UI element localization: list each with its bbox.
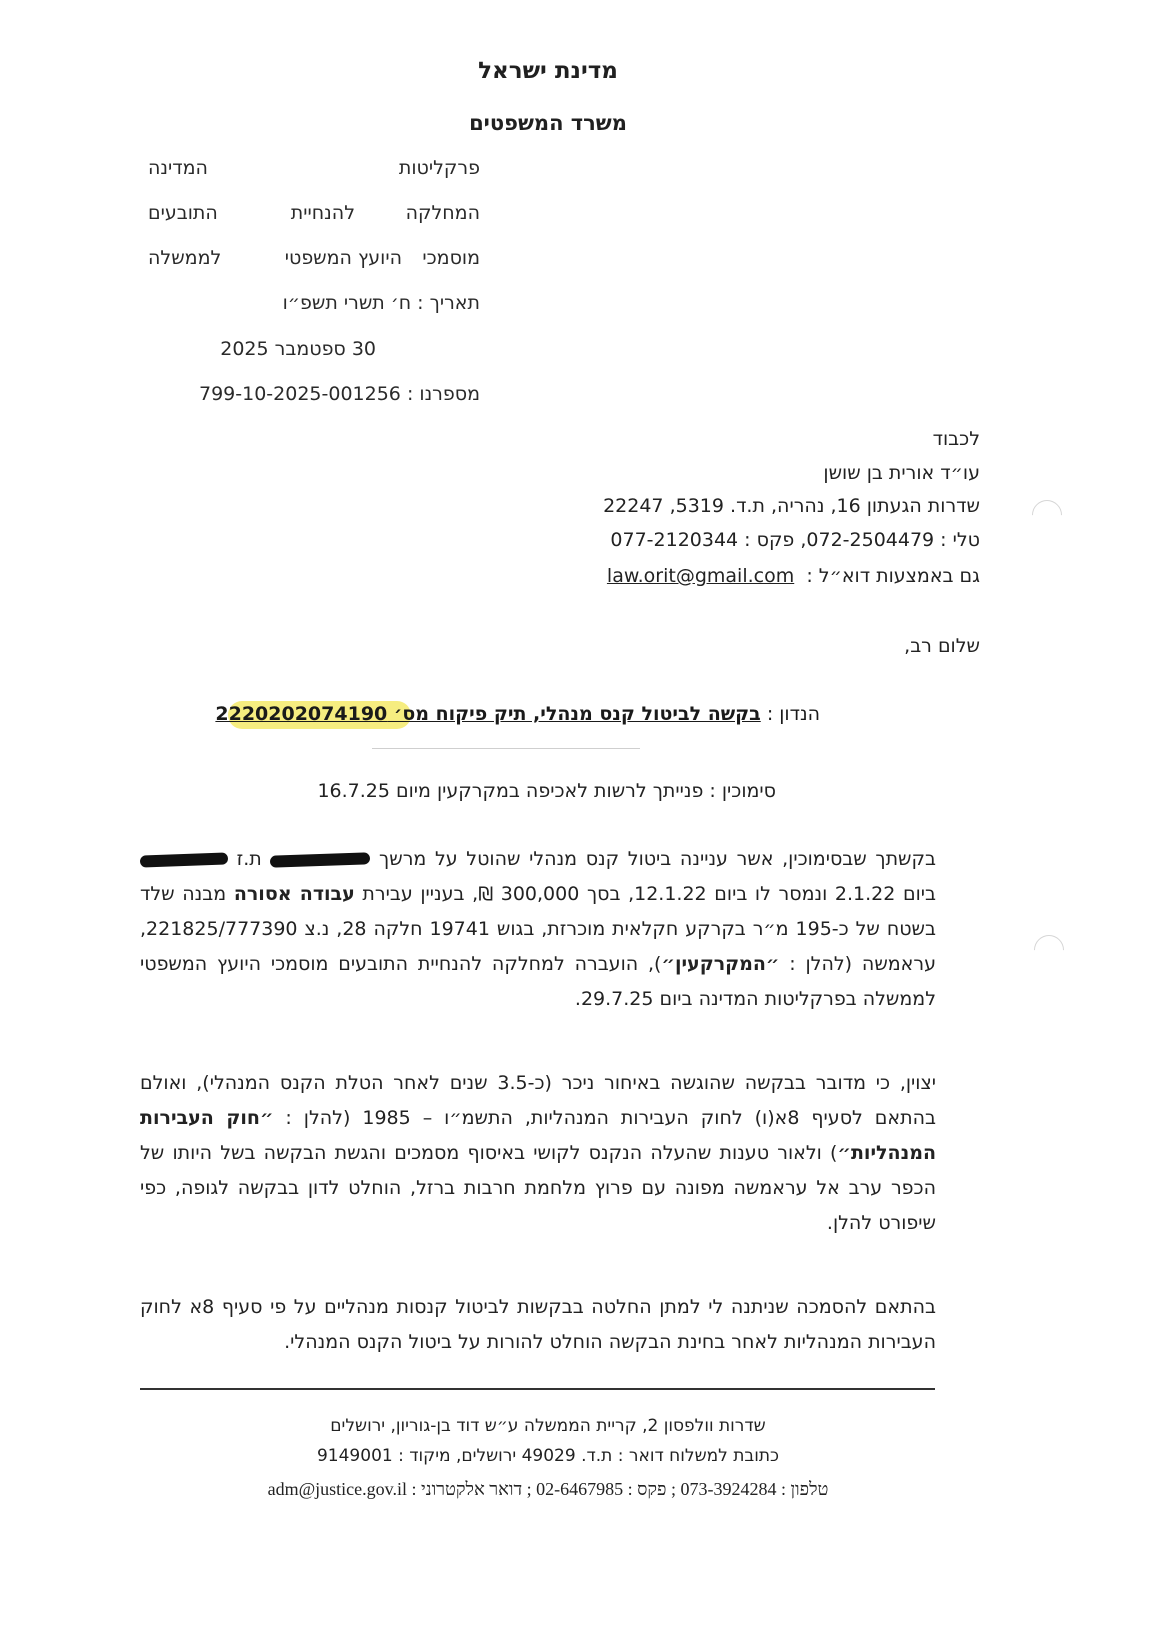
department-row-right: מוסמכי <box>422 247 480 269</box>
paragraph-text: ת.ז <box>237 848 262 870</box>
subject-label: הנדון : <box>767 703 820 725</box>
addressee-name: עו״ד אורית בן שושן <box>823 462 980 484</box>
department-row-1: פרקליטות המדינה <box>148 157 480 187</box>
paragraph-text: ביום 2.1.22 ונמסר לו ביום 12.1.22, בסך 3… <box>362 883 936 905</box>
redaction-mark <box>270 852 370 867</box>
department-row-3: מוסמכי היועץ המשפטי לממשלה <box>148 247 480 277</box>
footer-divider <box>140 1388 935 1390</box>
department-row-left: התובעים <box>148 202 218 224</box>
paragraph-text: ) ולאור טענות שהעלה הנקנס לקושי באיסוף מ… <box>140 1142 936 1234</box>
paragraph-3: בהתאם להסמכה שניתנה לי למתן החלטה בבקשות… <box>140 1290 936 1360</box>
paragraph-text: בקשתך שבסימוכין, אשר עניינה ביטול קנס מנ… <box>379 848 936 870</box>
redaction-mark <box>140 852 228 867</box>
subject-line: הנדון : בקשה לביטול קנס מנהלי, תיק פיקוח… <box>215 703 820 725</box>
email-label: גם באמצעות דוא״ל : <box>806 565 980 587</box>
reference-number: מספרנו : 799-10-2025-001256 <box>199 383 480 405</box>
greeting: שלום רב, <box>904 635 980 657</box>
addressee-address: שדרות הגעתון 16, נהריה, ת.ד. 5319, 22247 <box>603 495 980 517</box>
addressee-email-line: גם באמצעות דוא״ל : law.orit@gmail.com <box>607 565 980 587</box>
department-row-left: לממשלה <box>148 247 221 269</box>
bold-term: ״המקרקעין״ <box>661 953 779 975</box>
department-row-2: המחלקה להנחיית התובעים <box>148 202 480 232</box>
department-row-middle: היועץ המשפטי <box>285 247 402 269</box>
binder-hole-mark <box>1026 494 1068 536</box>
footer-contact: טלפון : 073-3924284 ; פקס : 02-6467985 ;… <box>0 1479 1096 1500</box>
department-row-right: המחלקה <box>406 202 480 224</box>
department-row-left: המדינה <box>148 157 208 179</box>
department-row-right: פרקליטות <box>399 157 480 179</box>
document-header-ministry: משרד המשפטים <box>0 111 1096 135</box>
binder-hole-mark <box>1028 929 1070 971</box>
paragraph-2: יצוין, כי מדובר בבקשה שהוגשה באיחור ניכר… <box>140 1066 936 1241</box>
addressee-phone: טלי : 072-2504479, פקס : 077-2120344 <box>610 529 980 551</box>
document-header-state: מדינת ישראל <box>0 58 1096 84</box>
date-gregorian: 30 ספטמבר 2025 <box>220 338 376 360</box>
email-link[interactable]: law.orit@gmail.com <box>607 565 794 587</box>
subject-text: בקשה לביטול קנס מנהלי, תיק פיקוח מס׳ 222… <box>215 703 760 725</box>
footer-address: שדרות וולפסון 2, קריית הממשלה ע״ש דוד בן… <box>0 1416 1096 1436</box>
reference-line: סימוכין : פנייתך לרשות לאכיפה במקרקעין מ… <box>317 780 776 802</box>
addressee-salutation: לכבוד <box>933 428 980 450</box>
department-row-middle: להנחיית <box>291 202 355 224</box>
bold-term: עבודה אסורה <box>234 883 355 905</box>
paragraph-1: בקשתך שבסימוכין, אשר עניינה ביטול קנס מנ… <box>140 842 936 1017</box>
date-hebrew: תאריך : ח׳ תשרי תשפ״ו <box>283 292 480 314</box>
footer-mailing: כתובת למשלוח דואר : ת.ד. 49029 ירושלים, … <box>0 1446 1096 1466</box>
pen-mark <box>372 748 640 749</box>
